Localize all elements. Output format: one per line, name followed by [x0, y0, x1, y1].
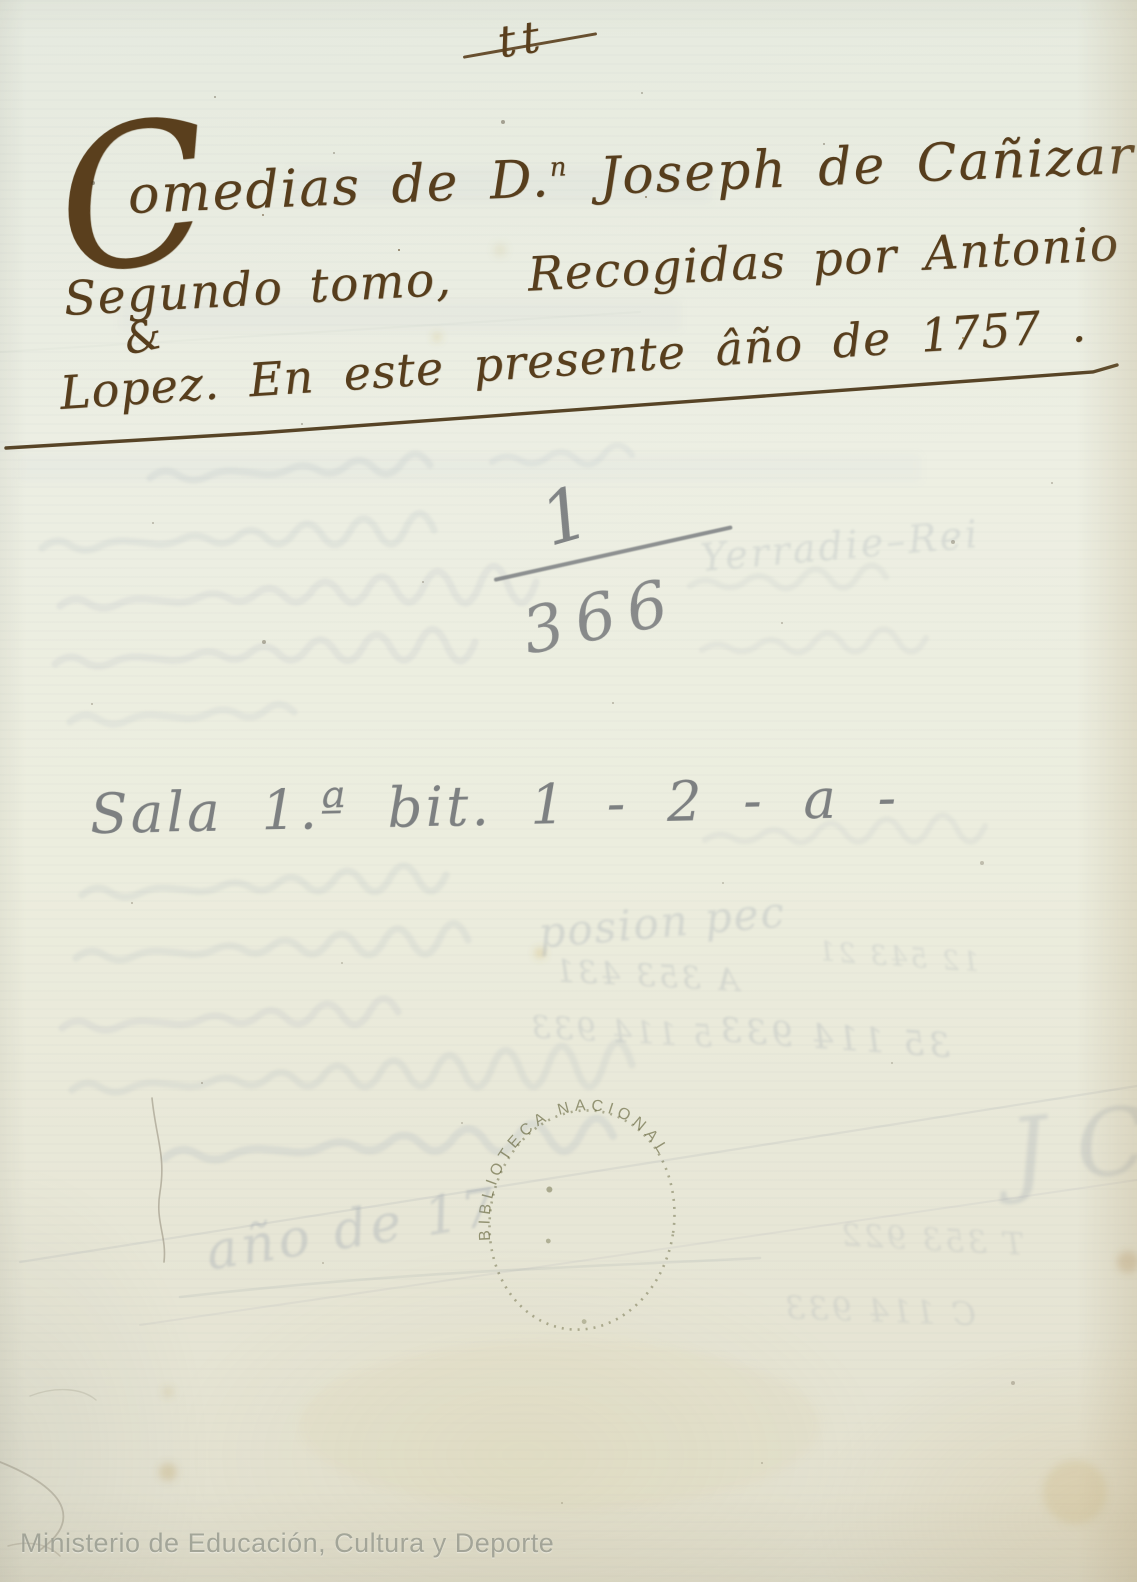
- ghost-mirrored-shelf-number: 35 114 933: [715, 1010, 952, 1066]
- ghost-mirrored-shelf-number: C 114 933: [781, 1289, 976, 1334]
- ghost-handwriting-mid: posion pec: [536, 887, 787, 957]
- title-line2-right: Recogidas por Antonio: [526, 217, 1120, 303]
- ghost-handwriting-right-of-fraction: Yerradie–Rei: [699, 512, 982, 580]
- pencil-fraction-bar: [494, 525, 733, 581]
- ministry-watermark: Ministerio de Educación, Cultura y Depor…: [20, 1528, 554, 1559]
- top-tt-mark: tt: [494, 11, 549, 69]
- library-stamp-text: BIBLIOTECA NACIONAL: [472, 1082, 679, 1269]
- ghost-mirrored-shelf-number: 5 114 933: [527, 1009, 713, 1055]
- pencil-shelfmark: Sala 1.ª bit. 1 - 2 - a -: [89, 765, 899, 846]
- title-line1-superscript-n: n: [549, 152, 569, 183]
- title-line-1: omedias de D.n Joseph de Cañizares: [127, 123, 1137, 226]
- ghost-mirrored-shelf-number: 12 543 21: [814, 936, 980, 978]
- ghost-mirrored-shelf-number: T 353 922: [837, 1217, 1024, 1263]
- paper-speckles: [0, 0, 2, 2]
- pencil-fraction-numerator: 1: [531, 469, 598, 562]
- ghost-signature-flourish: J Co: [1005, 1080, 1137, 1206]
- ghost-handwriting-ano-line: año de 17: [202, 1177, 503, 1282]
- stains: [159, 244, 1137, 1524]
- title-line2-gap: [453, 291, 529, 295]
- pencil-fraction-denominator: 366: [516, 564, 686, 669]
- manuscript-page-scan: BIBLIOTECA NACIONAL Yerradie–Rei posion …: [0, 0, 1137, 1582]
- title-line1-text-b: Joseph de Cañizares: [568, 123, 1137, 208]
- ghost-mirrored-shelf-number: A 353 431: [551, 953, 740, 999]
- paper-cracks: [0, 1098, 164, 1556]
